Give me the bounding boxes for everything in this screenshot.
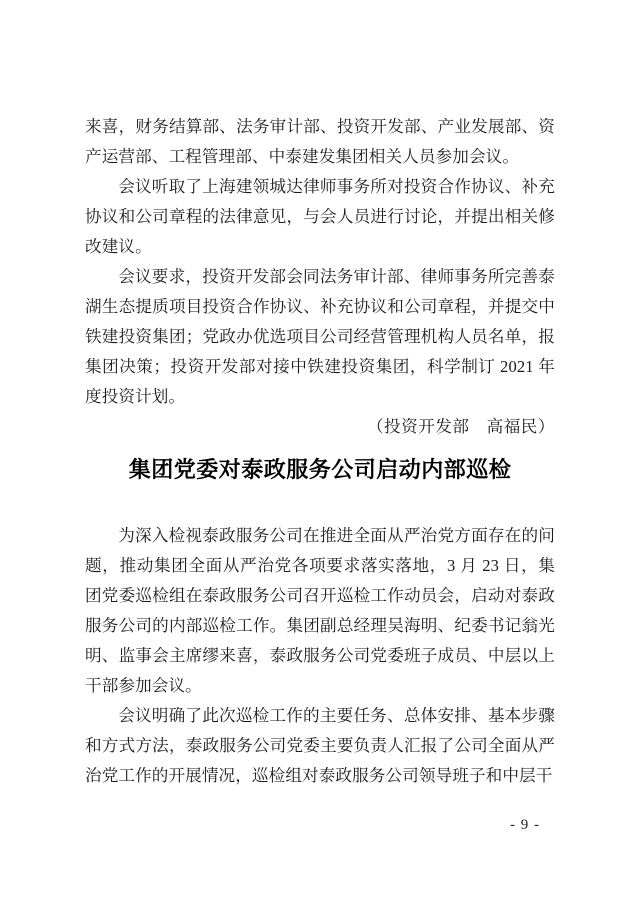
article2-paragraph-1: 为深入检视泰政服务公司在推进全面从严治党方面存在的问题，推动集团全面从严治党各项… [85,521,555,701]
article1-byline: （投资开发部 高福民） [85,412,555,442]
article1-paragraph-1: 会议听取了上海建领城达律师事务所对投资合作协议、补充协议和公司章程的法律意见，与… [85,172,555,262]
page-content: 来喜，财务结算部、法务审计部、投资开发部、产业发展部、资产运营部、工程管理部、中… [85,112,555,791]
page-number: - 9 - [500,817,550,833]
document-page: 来喜，财务结算部、法务审计部、投资开发部、产业发展部、资产运营部、工程管理部、中… [0,0,636,900]
continuation-paragraph: 来喜，财务结算部、法务审计部、投资开发部、产业发展部、资产运营部、工程管理部、中… [85,112,555,172]
article1-paragraph-2: 会议要求，投资开发部会同法务审计部、律师事务所完善泰湖生态提质项目投资合作协议、… [85,262,555,412]
article2-title: 集团党委对泰政服务公司启动内部巡检 [85,452,555,488]
article2-paragraph-2: 会议明确了此次巡检工作的主要任务、总体安排、基本步骤和方式方法，泰政服务公司党委… [85,701,555,791]
